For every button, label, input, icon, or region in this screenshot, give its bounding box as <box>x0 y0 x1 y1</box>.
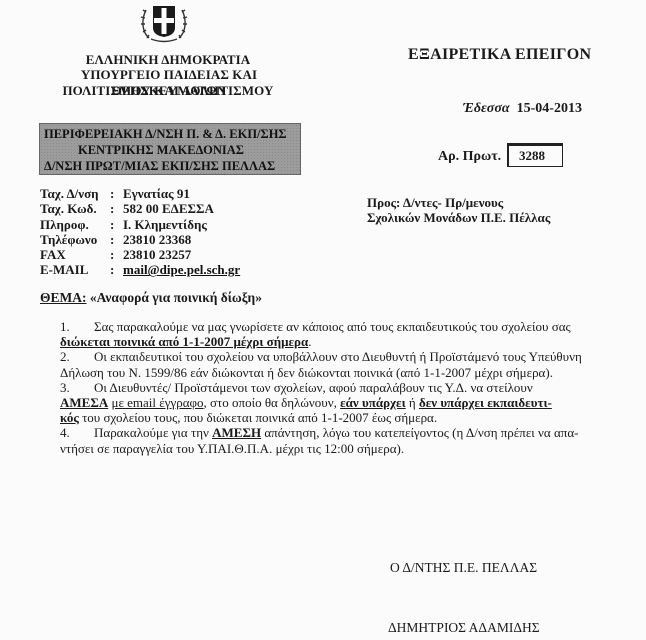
item-text: Δήλωση του Ν. 1599/86 εάν διώκονται ή δε… <box>60 365 620 380</box>
department-box: ΠΕΡΙΦΕΡΕΙΑΚΗ Δ/ΝΣΗ Π. & Δ. ΕΚΠ/ΣΗΣ ΚΕΝΤΡ… <box>39 123 301 175</box>
emphasis: κός <box>60 410 79 425</box>
recipient-line: Προς: Δ/ντες- Πρ/μενους <box>367 195 550 210</box>
contact-row: Τηλέφωνο:23810 23368 <box>40 232 240 247</box>
contact-row: E-MAIL:mail@dipe.pel.sch.gr <box>40 262 240 277</box>
item-number: 3. <box>60 380 70 395</box>
contact-value: Εγνατίας 91 <box>123 186 190 201</box>
department-line: ΠΕΡΙΦΕΡΕΙΑΚΗ Δ/ΝΣΗ Π. & Δ. ΕΚΠ/ΣΗΣ <box>44 126 300 142</box>
item-text: διώκεται ποινικά από 1-1-2007 μέχρι σήμε… <box>60 334 620 349</box>
contact-row: FAX:23810 23257 <box>40 247 240 262</box>
contact-label: E-MAIL <box>40 262 110 277</box>
date-city: Έδεσσα <box>463 101 510 116</box>
recipient: Προς: Δ/ντες- Πρ/μενους Σχολικών Μονάδων… <box>367 195 550 225</box>
contact-label: Πληροφ. <box>40 217 110 232</box>
emphasis: εάν υπάρχει <box>340 395 406 410</box>
contact-info: Ταχ. Δ/νση:Εγνατίας 91 Ταχ. Κωδ.:582 00 … <box>40 186 240 278</box>
contact-value: 23810 23368 <box>123 232 191 247</box>
list-item: 4. Παρακαλούμε για την ΑΜΕΣΗ απάντηση, λ… <box>60 425 620 455</box>
emphasis: ΑΜΕΣΑ <box>60 395 108 410</box>
contact-row: Ταχ. Κωδ.:582 00 ΕΔΕΣΣΑ <box>40 201 240 216</box>
list-item: 1. Σας παρακαλούμε να μας γνωρίσετε αν κ… <box>60 319 620 349</box>
contact-value: Ι. Κλημεντίδης <box>123 217 207 232</box>
item-text: κός του σχολείου τους, που διώκεται ποιν… <box>60 410 620 425</box>
subject: ΘΕΜΑ: «Αναφορά για ποινική δίωξη» <box>40 290 262 306</box>
protocol-label: Αρ. Πρωτ. <box>438 149 501 165</box>
list-item: 2. Οι εκπαιδευτικοί του σχολείου να υποβ… <box>60 349 620 379</box>
date-value: 15-04-2013 <box>517 101 582 116</box>
emphasis: ΑΜΕΣΗ <box>212 425 261 440</box>
subject-keyword: ΘΕΜΑ: <box>40 290 87 305</box>
subject-text: «Αναφορά για ποινική δίωξη» <box>87 290 262 305</box>
greek-coat-of-arms-icon <box>139 2 189 44</box>
contact-row: Ταχ. Δ/νση:Εγνατίας 91 <box>40 186 240 201</box>
email-link[interactable]: mail@dipe.pel.sch.gr <box>123 262 240 277</box>
item-text: Οι Διευθυντές/ Προϊστάμενοι των σχολείων… <box>60 380 620 395</box>
contact-value: 582 00 ΕΔΕΣΣΑ <box>123 201 214 216</box>
signature-name: ΔΗΜΗΤΡΙΟΣ ΑΔΑΜΙΔΗΣ <box>388 620 540 636</box>
contact-row: Πληροφ.:Ι. Κλημεντίδης <box>40 217 240 232</box>
emphasis: διώκεται ποινικά από 1-1-2007 μέχρι σήμε… <box>60 334 308 349</box>
emphasis: με email έγγραφο <box>111 395 203 410</box>
item-number: 4. <box>60 425 70 440</box>
list-item: 3. Οι Διευθυντές/ Προϊστάμενοι των σχολε… <box>60 380 620 426</box>
header-line-culture: ΠΟΛΙΤΙΣΜΟΥ ΚΑΙ ΑΘΛΗΤΙΣΜΟΥ <box>40 83 296 99</box>
item-text: ΑΜΕΣΑ με email έγγραφο, στο οποίο θα δηλ… <box>60 395 620 410</box>
urgent-label: ΕΞΑΙΡΕΤΙΚΑ ΕΠΕΙΓΟΝ <box>408 46 591 64</box>
signature-title: Ο Δ/ΝΤΗΣ Π.Ε. ΠΕΛΛΑΣ <box>390 560 537 576</box>
contact-label: Ταχ. Κωδ. <box>40 201 110 216</box>
contact-value: 23810 23257 <box>123 247 191 262</box>
contact-label: Τηλέφωνο <box>40 232 110 247</box>
item-number: 2. <box>60 349 70 364</box>
item-text: Οι εκπαιδευτικοί του σχολείου να υποβάλλ… <box>60 349 620 364</box>
header-line-republic: ΕΛΛΗΝΙΚΗ ΔΗΜΟΚΡΑΤΙΑ <box>40 52 296 68</box>
item-text: ντήσει σε παραγγελία του Υ.ΠΑΙ.Θ.Π.Α. μέ… <box>60 441 620 456</box>
contact-label: FAX <box>40 247 110 262</box>
department-line: ΚΕΝΤΡΙΚΗΣ ΜΑΚΕΔΟΝΙΑΣ <box>44 142 300 158</box>
recipient-line: Σχολικών Μονάδων Π.Ε. Πέλλας <box>367 210 550 225</box>
protocol-number: 3288 <box>507 143 563 167</box>
contact-label: Ταχ. Δ/νση <box>40 186 110 201</box>
item-text: Σας παρακαλούμε να μας γνωρίσετε αν κάπο… <box>60 319 620 334</box>
item-text: Παρακαλούμε για την ΑΜΕΣΗ απάντηση, λόγω… <box>60 425 620 440</box>
department-line: Δ/ΝΣΗ ΠΡΩΤ/ΜΙΑΣ ΕΚΠ/ΣΗΣ ΠΕΛΛΑΣ <box>44 158 300 174</box>
item-number: 1. <box>60 319 70 334</box>
document-date: Έδεσσα 15-04-2013 <box>463 101 582 117</box>
emphasis: δεν υπάρχει εκπαιδευτι- <box>419 395 552 410</box>
request-list: 1. Σας παρακαλούμε να μας γνωρίσετε αν κ… <box>60 319 620 456</box>
